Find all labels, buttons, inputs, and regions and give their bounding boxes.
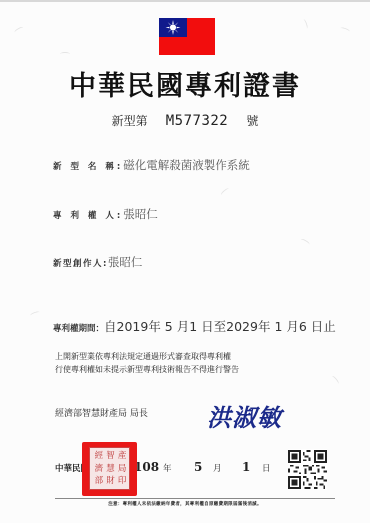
field-invention-name: 新 型 名 稱:磁化電解殺菌液製作系統 (53, 157, 250, 173)
seal-char: 財 (105, 475, 117, 488)
patent-certificate: 中華民國專利證書 新型第 M577322 號 新 型 名 稱:磁化電解殺菌液製作… (0, 0, 370, 523)
seal-char: 印 (116, 475, 128, 488)
director-signature: 洪淑敏 (207, 398, 282, 433)
patent-number-prefix: 新型第 (112, 112, 148, 129)
paper-fiber (301, 19, 308, 30)
period-value: 自2019年 5 月1 日至2029年 1 月6 日止 (104, 319, 336, 334)
qr-code-icon (288, 449, 327, 490)
field-label: 新型創作人: (53, 259, 108, 269)
notice-line: 行使專利權如未提示新型專利技術報告不得進行警告 (55, 363, 239, 376)
period-label: 專利權期間： (53, 324, 104, 334)
date-day: 1 (242, 460, 250, 474)
paper-fiber (300, 238, 311, 246)
date-month-unit: 月 (213, 462, 222, 474)
field-value: 磁化電解殺菌液製作系統 (123, 158, 250, 172)
field-label: 專 利 權 人: (53, 211, 123, 221)
paper-fiber (30, 310, 41, 317)
seal-char: 部 (93, 475, 105, 488)
seal-char: 智 (105, 450, 117, 463)
footer-note: 注意：專利權人未依法繳納年費者，其專利權自原繳費期限屆滿後消滅。 (0, 501, 370, 507)
seal-char: 產 (116, 450, 128, 463)
field-patentee: 專 利 權 人:張昭仁 (53, 206, 158, 222)
date-year: 108 (134, 460, 159, 474)
legal-notice: 上開新型業依專利法規定通過形式審查取得專利權 行使專利權如未提示新型專利技術報告… (55, 350, 239, 376)
seal-char: 慧 (105, 463, 117, 476)
official-seal: 經 智 產 濟 慧 局 部 財 印 (82, 442, 137, 496)
patent-number: 新型第 M577322 號 (0, 112, 370, 129)
paper-fiber (330, 375, 339, 385)
paper-fiber (220, 187, 230, 196)
seal-characters: 經 智 產 濟 慧 局 部 財 印 (93, 450, 128, 488)
flag-canton (159, 18, 187, 37)
certificate-title: 中華民國專利證書 (0, 64, 370, 103)
paper-fiber (340, 26, 351, 33)
issuer-title: 經濟部智慧財產局 局長 (55, 406, 148, 419)
seal-char: 濟 (93, 463, 105, 476)
white-sun-icon (165, 20, 181, 35)
patent-period: 專利權期間：自2019年 5 月1 日至2029年 1 月6 日止 (53, 316, 336, 335)
top-border (0, 0, 370, 2)
roc-flag (159, 18, 215, 55)
footer-divider (55, 498, 335, 499)
paper-fiber (60, 52, 70, 56)
seal-char: 經 (93, 450, 105, 463)
date-month: 5 (194, 460, 202, 474)
field-creator: 新型創作人:張昭仁 (53, 254, 142, 270)
notice-line: 上開新型業依專利法規定通過形式審查取得專利權 (55, 350, 239, 363)
patent-number-suffix: 號 (246, 112, 258, 129)
paper-fiber (14, 26, 25, 34)
field-value: 張昭仁 (108, 255, 143, 269)
seal-inner: 經 智 產 濟 慧 局 部 財 印 (89, 447, 130, 490)
date-day-unit: 日 (262, 462, 271, 474)
patent-number-value: M577322 (166, 113, 229, 129)
field-value: 張昭仁 (123, 207, 158, 221)
field-label: 新 型 名 稱: (53, 162, 123, 172)
seal-char: 局 (116, 463, 128, 476)
date-year-unit: 年 (163, 462, 172, 474)
